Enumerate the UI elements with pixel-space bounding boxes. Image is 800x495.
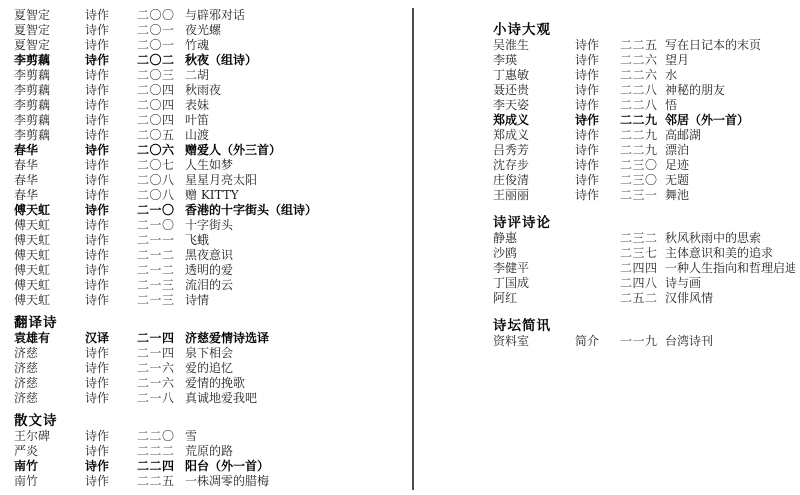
entry-title: 诗与画 [665,276,795,291]
toc-entry: 济慈 诗作 二一六 爱情的挽歌 [14,376,406,391]
toc-entry: 济慈 诗作 二一四 泉下相会 [14,346,406,361]
entry-genre: 诗作 [85,83,137,98]
toc-entry: 傅天虹 诗作 二一三 诗情 [14,293,406,308]
entry-genre: 诗作 [575,128,620,143]
entry-page-number: 二〇一 [137,38,185,53]
entry-author: 济慈 [14,346,85,361]
entry-author: 静惠 [493,231,575,246]
entry-genre: 诗作 [85,474,137,489]
entry-page-number: 二〇八 [137,173,185,188]
entry-author: 李剪藕 [14,113,85,128]
entry-page-number: 一一九 [620,334,665,349]
entry-page-number: 二四八 [620,276,665,291]
entry-page-number: 二二八 [620,98,665,113]
section-title: 诗坛简讯 [493,318,795,334]
entry-author: 傅天虹 [14,248,85,263]
toc-entry: 李剪藕 诗作 二〇四 秋雨夜 [14,83,406,98]
entry-title: 舞池 [665,188,795,203]
entry-page-number: 二一八 [137,391,185,406]
entry-page-number: 二二八 [620,83,665,98]
entry-author: 沙鸥 [493,246,575,261]
entry-page-number: 二二六 [620,53,665,68]
section-title: 小诗大观 [493,22,795,38]
toc-entry: 傅天虹 诗作 二一三 流泪的云 [14,278,406,293]
entry-title: 汉俳风情 [665,291,795,306]
entry-title: 悟 [665,98,795,113]
entry-title: 神秘的朋友 [665,83,795,98]
toc-entry: 南竹 诗作 二二四 阳台（外一首） [14,459,406,474]
toc-entry: 傅天虹 诗作 二一〇 十字街头 [14,218,406,233]
entry-author: 夏智定 [14,8,85,23]
entry-author: 阿红 [493,291,575,306]
section-title: 翻译诗 [14,315,406,331]
entry-author: 郑成义 [493,113,575,128]
entry-author: 傅天虹 [14,233,85,248]
entry-page-number: 二一三 [137,293,185,308]
entry-page-number: 二三七 [620,246,665,261]
entry-genre [575,231,620,246]
section-poetry-news: 诗坛简讯 资料室 简介 一一九 台湾诗刊 [493,318,795,349]
section-translated-poems: 翻译诗 袁雄有 汉译 二一四 济慈爱情诗选译 济慈 诗作 二一四 泉下相会 [14,315,406,406]
toc-entry: 静惠 二三二 秋风秋雨中的思索 [493,231,795,246]
section-title: 散文诗 [14,413,406,429]
entry-genre: 诗作 [85,128,137,143]
entry-author: 傅天虹 [14,293,85,308]
entry-genre: 诗作 [575,53,620,68]
entry-author: 李健平 [493,261,575,276]
entry-title: 主体意识和美的追求 [665,246,795,261]
entry-page-number: 二二四 [137,459,185,474]
toc-entry: 庄俊清 诗作 二三〇 无题 [493,173,795,188]
entry-author: 春华 [14,158,85,173]
entry-author: 傅天虹 [14,278,85,293]
entry-genre: 诗作 [85,263,137,278]
entry-title: 写在日记本的末页 [665,38,795,53]
entry-page-number: 二一〇 [137,218,185,233]
entry-author: 李剪藕 [14,68,85,83]
entry-genre: 诗作 [575,188,620,203]
entry-genre [575,291,620,306]
entry-genre: 诗作 [85,293,137,308]
toc-entry: 傅天虹 诗作 二一一 飞蛾 [14,233,406,248]
entry-title: 泉下相会 [185,346,406,361]
entry-genre: 诗作 [575,158,620,173]
entry-page-number: 二三一 [620,188,665,203]
toc-entry: 夏智定 诗作 二〇〇 与辟邪对话 [14,8,406,23]
entry-page-number: 二一二 [137,248,185,263]
entry-title: 秋雨夜 [185,83,406,98]
toc-entry: 夏智定 诗作 二〇一 竹魂 [14,38,406,53]
entry-title: 十字街头 [185,218,406,233]
toc-entry: 郑成义 诗作 二二九 邻居（外一首） [493,113,795,128]
entry-page-number: 二二九 [620,143,665,158]
entry-author: 傅天虹 [14,203,85,218]
toc-entry: 春华 诗作 二〇八 赠 KITTY [14,188,406,203]
entry-author: 庄俊清 [493,173,575,188]
toc-entry: 资料室 简介 一一九 台湾诗刊 [493,334,795,349]
entry-title: 水 [665,68,795,83]
entry-title: 高邮湖 [665,128,795,143]
entry-title: 赠爱人（外三首） [185,143,406,158]
entry-page-number: 二二六 [620,68,665,83]
entry-genre: 诗作 [85,248,137,263]
entry-author: 春华 [14,143,85,158]
entry-title: 济慈爱情诗选译 [185,331,406,346]
entry-genre: 诗作 [575,83,620,98]
entry-genre: 诗作 [85,53,137,68]
entry-genre: 汉译 [85,331,137,346]
entry-author: 夏智定 [14,23,85,38]
entry-author: 李剪藕 [14,53,85,68]
toc-entry: 李健平 二四四 一种人生指向和哲理启迪 [493,261,795,276]
entry-genre: 诗作 [575,98,620,113]
entry-genre: 诗作 [85,218,137,233]
entry-title: 黑夜意识 [185,248,406,263]
section-poems-continued: 夏智定 诗作 二〇〇 与辟邪对话 夏智定 诗作 二〇一 夜光螺 夏智定 [14,8,406,308]
entry-genre: 诗作 [85,38,137,53]
toc-entry: 春华 诗作 二〇六 赠爱人（外三首） [14,143,406,158]
toc-entry: 济慈 诗作 二一六 爱的追忆 [14,361,406,376]
entry-page-number: 二一三 [137,278,185,293]
entry-page-number: 二〇七 [137,158,185,173]
left-column: 夏智定 诗作 二〇〇 与辟邪对话 夏智定 诗作 二〇一 夜光螺 夏智定 [14,8,406,489]
entry-page-number: 二一六 [137,376,185,391]
entry-page-number: 二一四 [137,331,185,346]
entry-page-number: 二二五 [137,474,185,489]
entry-genre: 诗作 [575,113,620,128]
column-divider-line [412,8,414,490]
entry-page-number: 二〇四 [137,113,185,128]
entry-page-number: 二二五 [620,38,665,53]
entry-page-number: 二〇四 [137,98,185,113]
toc-entry: 傅天虹 诗作 二一二 黑夜意识 [14,248,406,263]
toc-entry: 王丽丽 诗作 二三一 舞池 [493,188,795,203]
entry-genre: 诗作 [85,429,137,444]
entry-page-number: 二〇五 [137,128,185,143]
entry-title: 一株凋零的腊梅 [185,474,406,489]
entry-page-number: 二二二 [137,444,185,459]
table-of-contents-page: 夏智定 诗作 二〇〇 与辟邪对话 夏智定 诗作 二〇一 夜光螺 夏智定 [0,0,800,495]
entry-page-number: 二三二 [620,231,665,246]
entry-title: 秋夜（组诗） [185,53,406,68]
entry-title: 香港的十字街头（组诗） [185,203,406,218]
entry-page-number: 二三〇 [620,173,665,188]
entry-author: 李剪藕 [14,128,85,143]
toc-entry: 春华 诗作 二〇八 星星月亮太阳 [14,173,406,188]
entry-author: 沈存步 [493,158,575,173]
entry-title: 表妹 [185,98,406,113]
entry-title: 飞蛾 [185,233,406,248]
entry-genre: 诗作 [575,68,620,83]
toc-entry: 严炎 诗作 二二二 荒原的路 [14,444,406,459]
entry-page-number: 二二九 [620,128,665,143]
entry-genre: 诗作 [85,361,137,376]
entry-author: 郑成义 [493,128,575,143]
toc-entry: 傅天虹 诗作 二一〇 香港的十字街头（组诗） [14,203,406,218]
entry-author: 王尔碑 [14,429,85,444]
entry-list: 王尔碑 诗作 二二〇 雪 严炎 诗作 二二二 荒原的路 南竹 [14,429,406,489]
toc-entry: 李剪藕 诗作 二〇三 二胡 [14,68,406,83]
entry-genre: 诗作 [575,38,620,53]
entry-page-number: 二三〇 [620,158,665,173]
entry-title: 真诚地爱我吧 [185,391,406,406]
entry-genre: 诗作 [575,173,620,188]
toc-entry: 济慈 诗作 二一八 真诚地爱我吧 [14,391,406,406]
right-column: 小诗大观 吴淮生 诗作 二二五 写在日记本的末页 李瑛 诗作 二二六 望月 [493,22,795,349]
entry-author: 聂还贵 [493,83,575,98]
entry-page-number: 二〇三 [137,68,185,83]
entry-author: 丁惠敏 [493,68,575,83]
entry-genre: 诗作 [85,278,137,293]
entry-genre: 诗作 [85,143,137,158]
entry-title: 人生如梦 [185,158,406,173]
entry-page-number: 二四四 [620,261,665,276]
toc-entry: 吕秀芳 诗作 二二九 漂泊 [493,143,795,158]
entry-author: 李剪藕 [14,98,85,113]
entry-title: 透明的爱 [185,263,406,278]
entry-title: 无题 [665,173,795,188]
entry-genre: 诗作 [575,143,620,158]
entry-title: 流泪的云 [185,278,406,293]
entry-title: 阳台（外一首） [185,459,406,474]
entry-list: 资料室 简介 一一九 台湾诗刊 [493,334,795,349]
entry-title: 雪 [185,429,406,444]
toc-entry: 王尔碑 诗作 二二〇 雪 [14,429,406,444]
entry-author: 李天姿 [493,98,575,113]
entry-title: 夜光螺 [185,23,406,38]
entry-author: 济慈 [14,376,85,391]
entry-genre: 诗作 [85,113,137,128]
entry-genre: 诗作 [85,203,137,218]
toc-entry: 丁惠敏 诗作 二二六 水 [493,68,795,83]
toc-entry: 李剪藕 诗作 二〇四 表妹 [14,98,406,113]
entry-page-number: 二一二 [137,263,185,278]
entry-title: 爱的追忆 [185,361,406,376]
entry-genre: 诗作 [85,459,137,474]
entry-page-number: 二二九 [620,113,665,128]
entry-genre: 诗作 [85,98,137,113]
entry-genre: 简介 [575,334,620,349]
entry-page-number: 二〇〇 [137,8,185,23]
toc-entry: 阿红 二五二 汉俳风情 [493,291,795,306]
entry-title: 赠 KITTY [185,188,406,203]
entry-title: 星星月亮太阳 [185,173,406,188]
entry-author: 傅天虹 [14,263,85,278]
entry-genre: 诗作 [85,444,137,459]
entry-page-number: 二一四 [137,346,185,361]
toc-entry: 沙鸥 二三七 主体意识和美的追求 [493,246,795,261]
section-prose-poems: 散文诗 王尔碑 诗作 二二〇 雪 严炎 诗作 二二二 荒原的路 [14,413,406,489]
entry-genre: 诗作 [85,23,137,38]
entry-author: 春华 [14,173,85,188]
entry-genre: 诗作 [85,8,137,23]
toc-entry: 郑成义 诗作 二二九 高邮湖 [493,128,795,143]
entry-author: 吴淮生 [493,38,575,53]
entry-title: 漂泊 [665,143,795,158]
toc-entry: 沈存步 诗作 二三〇 足迹 [493,158,795,173]
entry-title: 荒原的路 [185,444,406,459]
entry-page-number: 二一一 [137,233,185,248]
entry-list: 静惠 二三二 秋风秋雨中的思索 沙鸥 二三七 主体意识和美的追求 李健平 [493,231,795,306]
entry-genre: 诗作 [85,346,137,361]
entry-author: 李瑛 [493,53,575,68]
entry-genre: 诗作 [85,158,137,173]
toc-entry: 春华 诗作 二〇七 人生如梦 [14,158,406,173]
entry-genre: 诗作 [85,173,137,188]
entry-genre [575,276,620,291]
entry-genre: 诗作 [85,233,137,248]
toc-entry: 李剪藕 诗作 二〇四 叶笛 [14,113,406,128]
entry-author: 夏智定 [14,38,85,53]
entry-author: 济慈 [14,391,85,406]
section-poetry-criticism: 诗评诗论 静惠 二三二 秋风秋雨中的思索 沙鸥 二三七 主体意识和美的追求 [493,215,795,306]
entry-genre [575,246,620,261]
entry-title: 邻居（外一首） [665,113,795,128]
entry-genre: 诗作 [85,376,137,391]
toc-entry: 丁国成 二四八 诗与画 [493,276,795,291]
entry-title: 一种人生指向和哲理启迪 [665,261,795,276]
entry-page-number: 二〇一 [137,23,185,38]
entry-author: 资料室 [493,334,575,349]
entry-author: 春华 [14,188,85,203]
entry-title: 望月 [665,53,795,68]
toc-entry: 李剪藕 诗作 二〇二 秋夜（组诗） [14,53,406,68]
toc-entry: 李天姿 诗作 二二八 悟 [493,98,795,113]
entry-list: 夏智定 诗作 二〇〇 与辟邪对话 夏智定 诗作 二〇一 夜光螺 夏智定 [14,8,406,308]
entry-author: 南竹 [14,459,85,474]
entry-author: 丁国成 [493,276,575,291]
entry-author: 李剪藕 [14,83,85,98]
entry-page-number: 二〇六 [137,143,185,158]
entry-title: 叶笛 [185,113,406,128]
entry-page-number: 二二〇 [137,429,185,444]
entry-page-number: 二一〇 [137,203,185,218]
entry-author: 袁雄有 [14,331,85,346]
entry-genre: 诗作 [85,391,137,406]
entry-author: 傅天虹 [14,218,85,233]
entry-page-number: 二一六 [137,361,185,376]
entry-page-number: 二〇四 [137,83,185,98]
entry-author: 吕秀芳 [493,143,575,158]
toc-entry: 南竹 诗作 二二五 一株凋零的腊梅 [14,474,406,489]
toc-entry: 傅天虹 诗作 二一二 透明的爱 [14,263,406,278]
toc-entry: 夏智定 诗作 二〇一 夜光螺 [14,23,406,38]
toc-entry: 袁雄有 汉译 二一四 济慈爱情诗选译 [14,331,406,346]
section-title: 诗评诗论 [493,215,795,231]
entry-title: 二胡 [185,68,406,83]
entry-page-number: 二〇八 [137,188,185,203]
toc-entry: 李瑛 诗作 二二六 望月 [493,53,795,68]
entry-title: 爱情的挽歌 [185,376,406,391]
entry-title: 与辟邪对话 [185,8,406,23]
entry-genre [575,261,620,276]
entry-title: 山渡 [185,128,406,143]
entry-title: 台湾诗刊 [665,334,795,349]
entry-genre: 诗作 [85,68,137,83]
entry-title: 竹魂 [185,38,406,53]
entry-author: 济慈 [14,361,85,376]
toc-entry: 吴淮生 诗作 二二五 写在日记本的末页 [493,38,795,53]
entry-page-number: 二〇二 [137,53,185,68]
entry-title: 足迹 [665,158,795,173]
toc-entry: 聂还贵 诗作 二二八 神秘的朋友 [493,83,795,98]
toc-entry: 李剪藕 诗作 二〇五 山渡 [14,128,406,143]
entry-title: 诗情 [185,293,406,308]
entry-page-number: 二五二 [620,291,665,306]
entry-list: 袁雄有 汉译 二一四 济慈爱情诗选译 济慈 诗作 二一四 泉下相会 济慈 [14,331,406,406]
section-small-poems: 小诗大观 吴淮生 诗作 二二五 写在日记本的末页 李瑛 诗作 二二六 望月 [493,22,795,203]
entry-author: 王丽丽 [493,188,575,203]
entry-list: 吴淮生 诗作 二二五 写在日记本的末页 李瑛 诗作 二二六 望月 丁惠敏 [493,38,795,203]
entry-author: 南竹 [14,474,85,489]
entry-author: 严炎 [14,444,85,459]
entry-title: 秋风秋雨中的思索 [665,231,795,246]
entry-genre: 诗作 [85,188,137,203]
